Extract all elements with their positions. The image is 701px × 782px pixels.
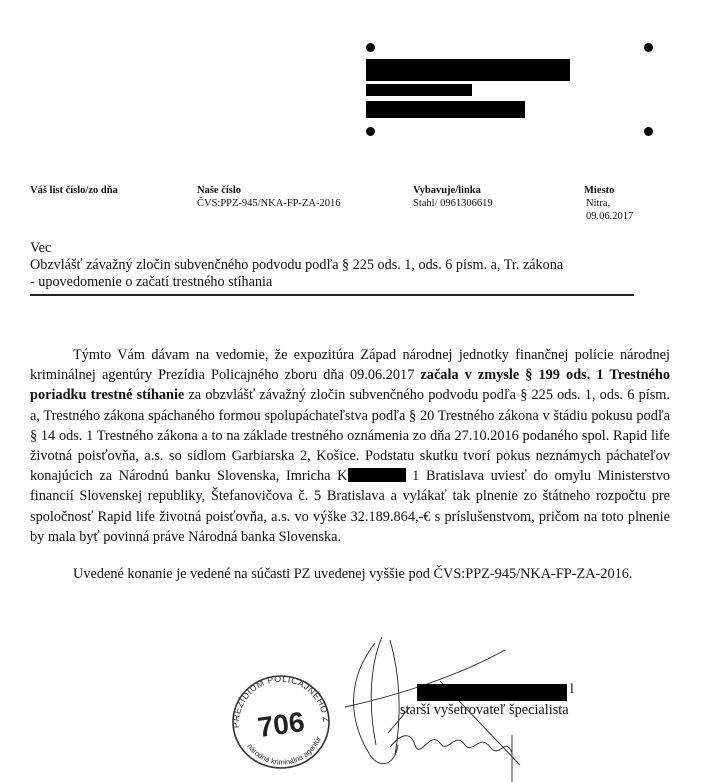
body-paragraph-2: Uvedené konanie je vedené na súčasti PZ … [30, 564, 670, 584]
place-value: Nitra, [584, 197, 633, 210]
redacted-address-line-2 [366, 84, 472, 96]
redacted-address-line-1 [366, 59, 570, 81]
letter-body: Týmto Vám dávam na vedomie, že expozitúr… [30, 345, 670, 584]
redacted-street-name [348, 468, 406, 482]
corner-mark-top-left [366, 43, 375, 52]
our-number-value: ČVS:PPZ-945/NKA-FP-ZA-2016 [197, 197, 341, 210]
date-value: 09.06.2017 [584, 210, 633, 223]
subject-heading: Vec [30, 240, 670, 257]
handled-by-label: Vybavuje/linka [413, 184, 493, 197]
official-stamp: PREZÍDIUM POLICAJNÉHO ZBORU národná krim… [225, 666, 337, 774]
our-number-label: Naše číslo [197, 184, 341, 197]
handled-by-value: Stahl/ 0961306619 [413, 197, 493, 210]
redacted-address-line-3 [366, 101, 525, 118]
place-date-field: Miesto Nitra, 09.06.2017 [584, 184, 633, 223]
handled-by-field: Vybavuje/linka Stahl/ 0961306619 [413, 184, 493, 210]
redacted-signatory-name [417, 684, 567, 701]
body-paragraph-1: Týmto Vám dávam na vedomie, že expozitúr… [30, 345, 670, 547]
our-number-field: Naše číslo ČVS:PPZ-945/NKA-FP-ZA-2016 [197, 184, 341, 210]
signatory-title: starší vyšetrovateľ špecialista [400, 702, 569, 719]
stamp-number: 706 [256, 706, 307, 743]
subject-divider [30, 294, 634, 296]
corner-mark-bottom-right [644, 127, 653, 136]
your-letter-label: Váš list číslo/zo dňa [30, 184, 118, 197]
corner-mark-top-right [644, 43, 653, 52]
corner-mark-bottom-left [366, 127, 375, 136]
your-letter-field: Váš list číslo/zo dňa [30, 184, 118, 197]
place-label: Miesto [584, 184, 633, 197]
subject-block: Vec Obzvlášť závažný zločin subvenčného … [30, 240, 670, 291]
subject-line-2: - upovedomenie o začatí trestného stíhan… [30, 274, 670, 291]
subject-line-1: Obzvlášť závažný zločin subvenčného podv… [30, 257, 670, 274]
signatory-name-trailing: l [570, 682, 574, 698]
